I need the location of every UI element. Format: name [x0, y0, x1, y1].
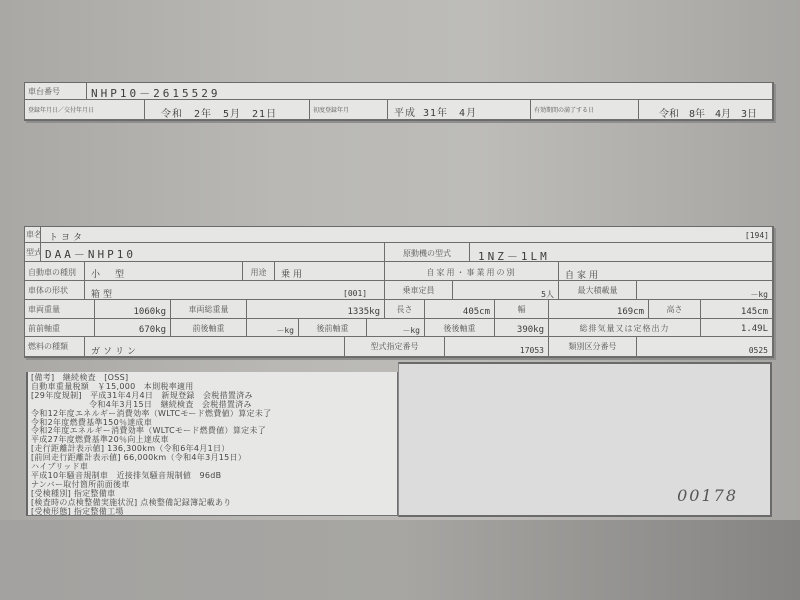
width: 169cm	[549, 300, 649, 319]
type-approval-label: 型式指定番号	[345, 337, 445, 357]
capacity: 5人	[453, 281, 559, 300]
use: 乗用	[275, 262, 385, 281]
private-use: 自家用	[559, 262, 773, 281]
front-rear-axle-label: 前後軸重	[171, 319, 247, 337]
max-load-label: 最大積載量	[559, 281, 637, 300]
length-label: 長さ	[385, 300, 425, 319]
gross-weight-label: 車両総重量	[171, 300, 247, 319]
body-shape: 箱型	[85, 281, 385, 300]
expiry-label: 有効期間の満了する日	[531, 100, 639, 120]
rear-axle: 390kg	[495, 319, 549, 337]
expiry-date: 令和 8年 4月 3日	[639, 100, 773, 120]
fuel-label: 燃料の種類	[25, 337, 85, 357]
maker: トヨタ	[41, 227, 773, 243]
category-label: 自動車の種別	[25, 262, 85, 281]
use-label: 用途	[243, 262, 275, 281]
registration-strip: 車台番号 NHP10－2615529 登録年月日／交付年月日 令和 2年 5月 …	[24, 82, 774, 121]
class-number: 0525	[637, 337, 773, 357]
category: 小 型	[85, 262, 243, 281]
rear-axle-label: 後後軸重	[425, 319, 495, 337]
displacement-label: 総排気量又は定格出力	[549, 319, 701, 337]
form-code: [194]	[745, 231, 769, 240]
remarks-line: [受検形態] 指定整備工場	[31, 508, 394, 516]
front-rear-axle: －kg	[247, 319, 299, 337]
body-label: 車体の形状	[25, 281, 85, 300]
width-label: 幅	[495, 300, 549, 319]
fuel: ガソリン	[85, 337, 345, 357]
engine: 1NZ－1LM	[470, 243, 773, 262]
stamp-box: 00178	[398, 362, 772, 517]
length: 405cm	[425, 300, 495, 319]
body-code: [001]	[343, 289, 367, 298]
rear-front-axle: －kg	[367, 319, 425, 337]
background-shadow	[0, 520, 800, 600]
chassis-number: NHP10－2615529	[87, 83, 773, 100]
height: 145cm	[701, 300, 773, 319]
capacity-label: 乗車定員	[385, 281, 453, 300]
type-approval: 17053	[445, 337, 549, 357]
gross-weight: 1335kg	[247, 300, 385, 319]
private-label: 自家用・事業用の別	[385, 262, 559, 281]
remarks-section: [備考] 継続検査 [OSS] 自動車重量税額 ￥15,000 本則税率適用 […	[26, 372, 398, 516]
displacement: 1.49L	[701, 319, 773, 337]
height-label: 高さ	[649, 300, 701, 319]
reg-date: 令和 2年 5月 21日	[145, 100, 310, 120]
first-reg-label: 初度登録年月	[310, 100, 388, 120]
model-label: 型式	[25, 243, 41, 262]
class-label: 類別区分番号	[549, 337, 637, 357]
weight: 1060kg	[95, 300, 171, 319]
model: DAA－NHP10	[41, 243, 385, 262]
reg-date-label: 登録年月日／交付年月日	[25, 100, 145, 120]
chassis-label: 車台番号	[25, 83, 87, 100]
first-reg: 平成 31年 4月	[388, 100, 531, 120]
rear-front-axle-label: 後前軸重	[299, 319, 367, 337]
maker-label: 車名	[25, 227, 41, 243]
front-axle-label: 前前軸重	[25, 319, 95, 337]
vehicle-spec-table: 車名 トヨタ [194] 型式 DAA－NHP10 原動機の型式 1NZ－1LM…	[24, 226, 774, 358]
max-load: －kg	[637, 281, 773, 300]
front-axle: 670kg	[95, 319, 171, 337]
weight-label: 車両重量	[25, 300, 95, 319]
handwritten-serial: 00178	[677, 486, 738, 505]
engine-label: 原動機の型式	[385, 243, 470, 262]
